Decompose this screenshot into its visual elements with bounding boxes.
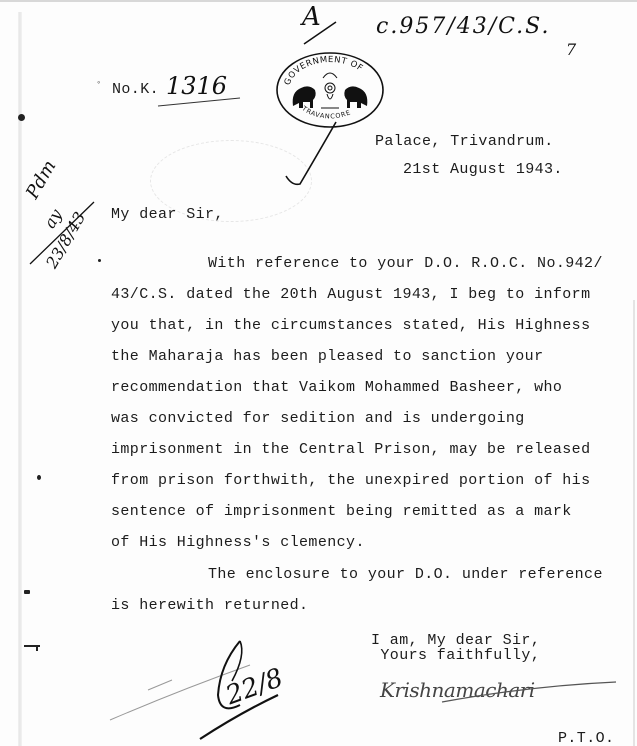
letter-place: Palace, Trivandrum. — [375, 133, 554, 150]
body-line: sentence of imprisonment being remitted … — [111, 503, 572, 520]
government-seal: GOVERNMENT OF TRAVANCORE — [275, 50, 385, 130]
seal-text-top: GOVERNMENT OF — [283, 55, 365, 87]
seal-text-bottom: TRAVANCORE — [300, 104, 352, 121]
reference-underline — [158, 96, 244, 108]
handwritten-file-note: c.957/43/C.S. — [376, 14, 550, 39]
margin-dot-mark — [24, 590, 30, 594]
punch-hole-mark — [18, 114, 25, 121]
margin-dot-mark — [37, 475, 41, 480]
closing-line: Yours faithfully, — [371, 647, 540, 664]
enclosure-line: is herewith returned. — [111, 597, 308, 614]
body-line: the Maharaja has been pleased to sanctio… — [111, 348, 543, 365]
svg-text:TRAVANCORE: TRAVANCORE — [300, 104, 352, 121]
body-line: was convicted for sedition and is underg… — [111, 410, 525, 427]
svg-text:GOVERNMENT OF: GOVERNMENT OF — [283, 55, 365, 87]
handwritten-checkmark — [280, 120, 340, 190]
margin-dot-mark — [98, 259, 101, 262]
page-turn-over-footer: P.T.O. — [558, 730, 614, 746]
seal-conch-emblem-icon — [321, 73, 339, 108]
margin-note-strike — [28, 198, 98, 268]
body-line: from prison forthwith, the unexpired por… — [111, 472, 590, 489]
body-line: recommendation that Vaikom Mohammed Bash… — [111, 379, 562, 396]
margin-tick-mark — [36, 645, 38, 651]
letter-date: 21st August 1943. — [403, 161, 563, 178]
seal-elephant-right-icon — [344, 86, 367, 108]
body-line: you that, in the circumstances stated, H… — [111, 317, 590, 334]
body-line: 43/C.S. dated the 20th August 1943, I be… — [111, 286, 590, 303]
signature-underline — [440, 676, 620, 706]
reference-bullet: ◦ — [96, 78, 102, 88]
letter-page: A c.957/43/C.S. 7 ◦ No.K. 1316 GOVERNMEN… — [0, 0, 637, 746]
margin-note-line-1: Pdm — [22, 157, 61, 203]
reference-number-label: No.K. — [112, 81, 159, 98]
body-line: With reference to your D.O. R.O.C. No.94… — [208, 255, 603, 272]
body-line: of His Highness's clemency. — [111, 534, 365, 551]
body-line: imprisonment in the Central Prison, may … — [111, 441, 590, 458]
page-binding-edge — [18, 12, 22, 746]
initial-slash-stroke — [300, 10, 340, 50]
enclosure-line: The enclosure to your D.O. under referen… — [208, 566, 603, 583]
handwritten-file-mark: 7 — [566, 40, 576, 59]
page-right-edge — [633, 300, 635, 746]
salutation: My dear Sir, — [111, 206, 224, 223]
seal-elephant-left-icon — [293, 86, 316, 108]
